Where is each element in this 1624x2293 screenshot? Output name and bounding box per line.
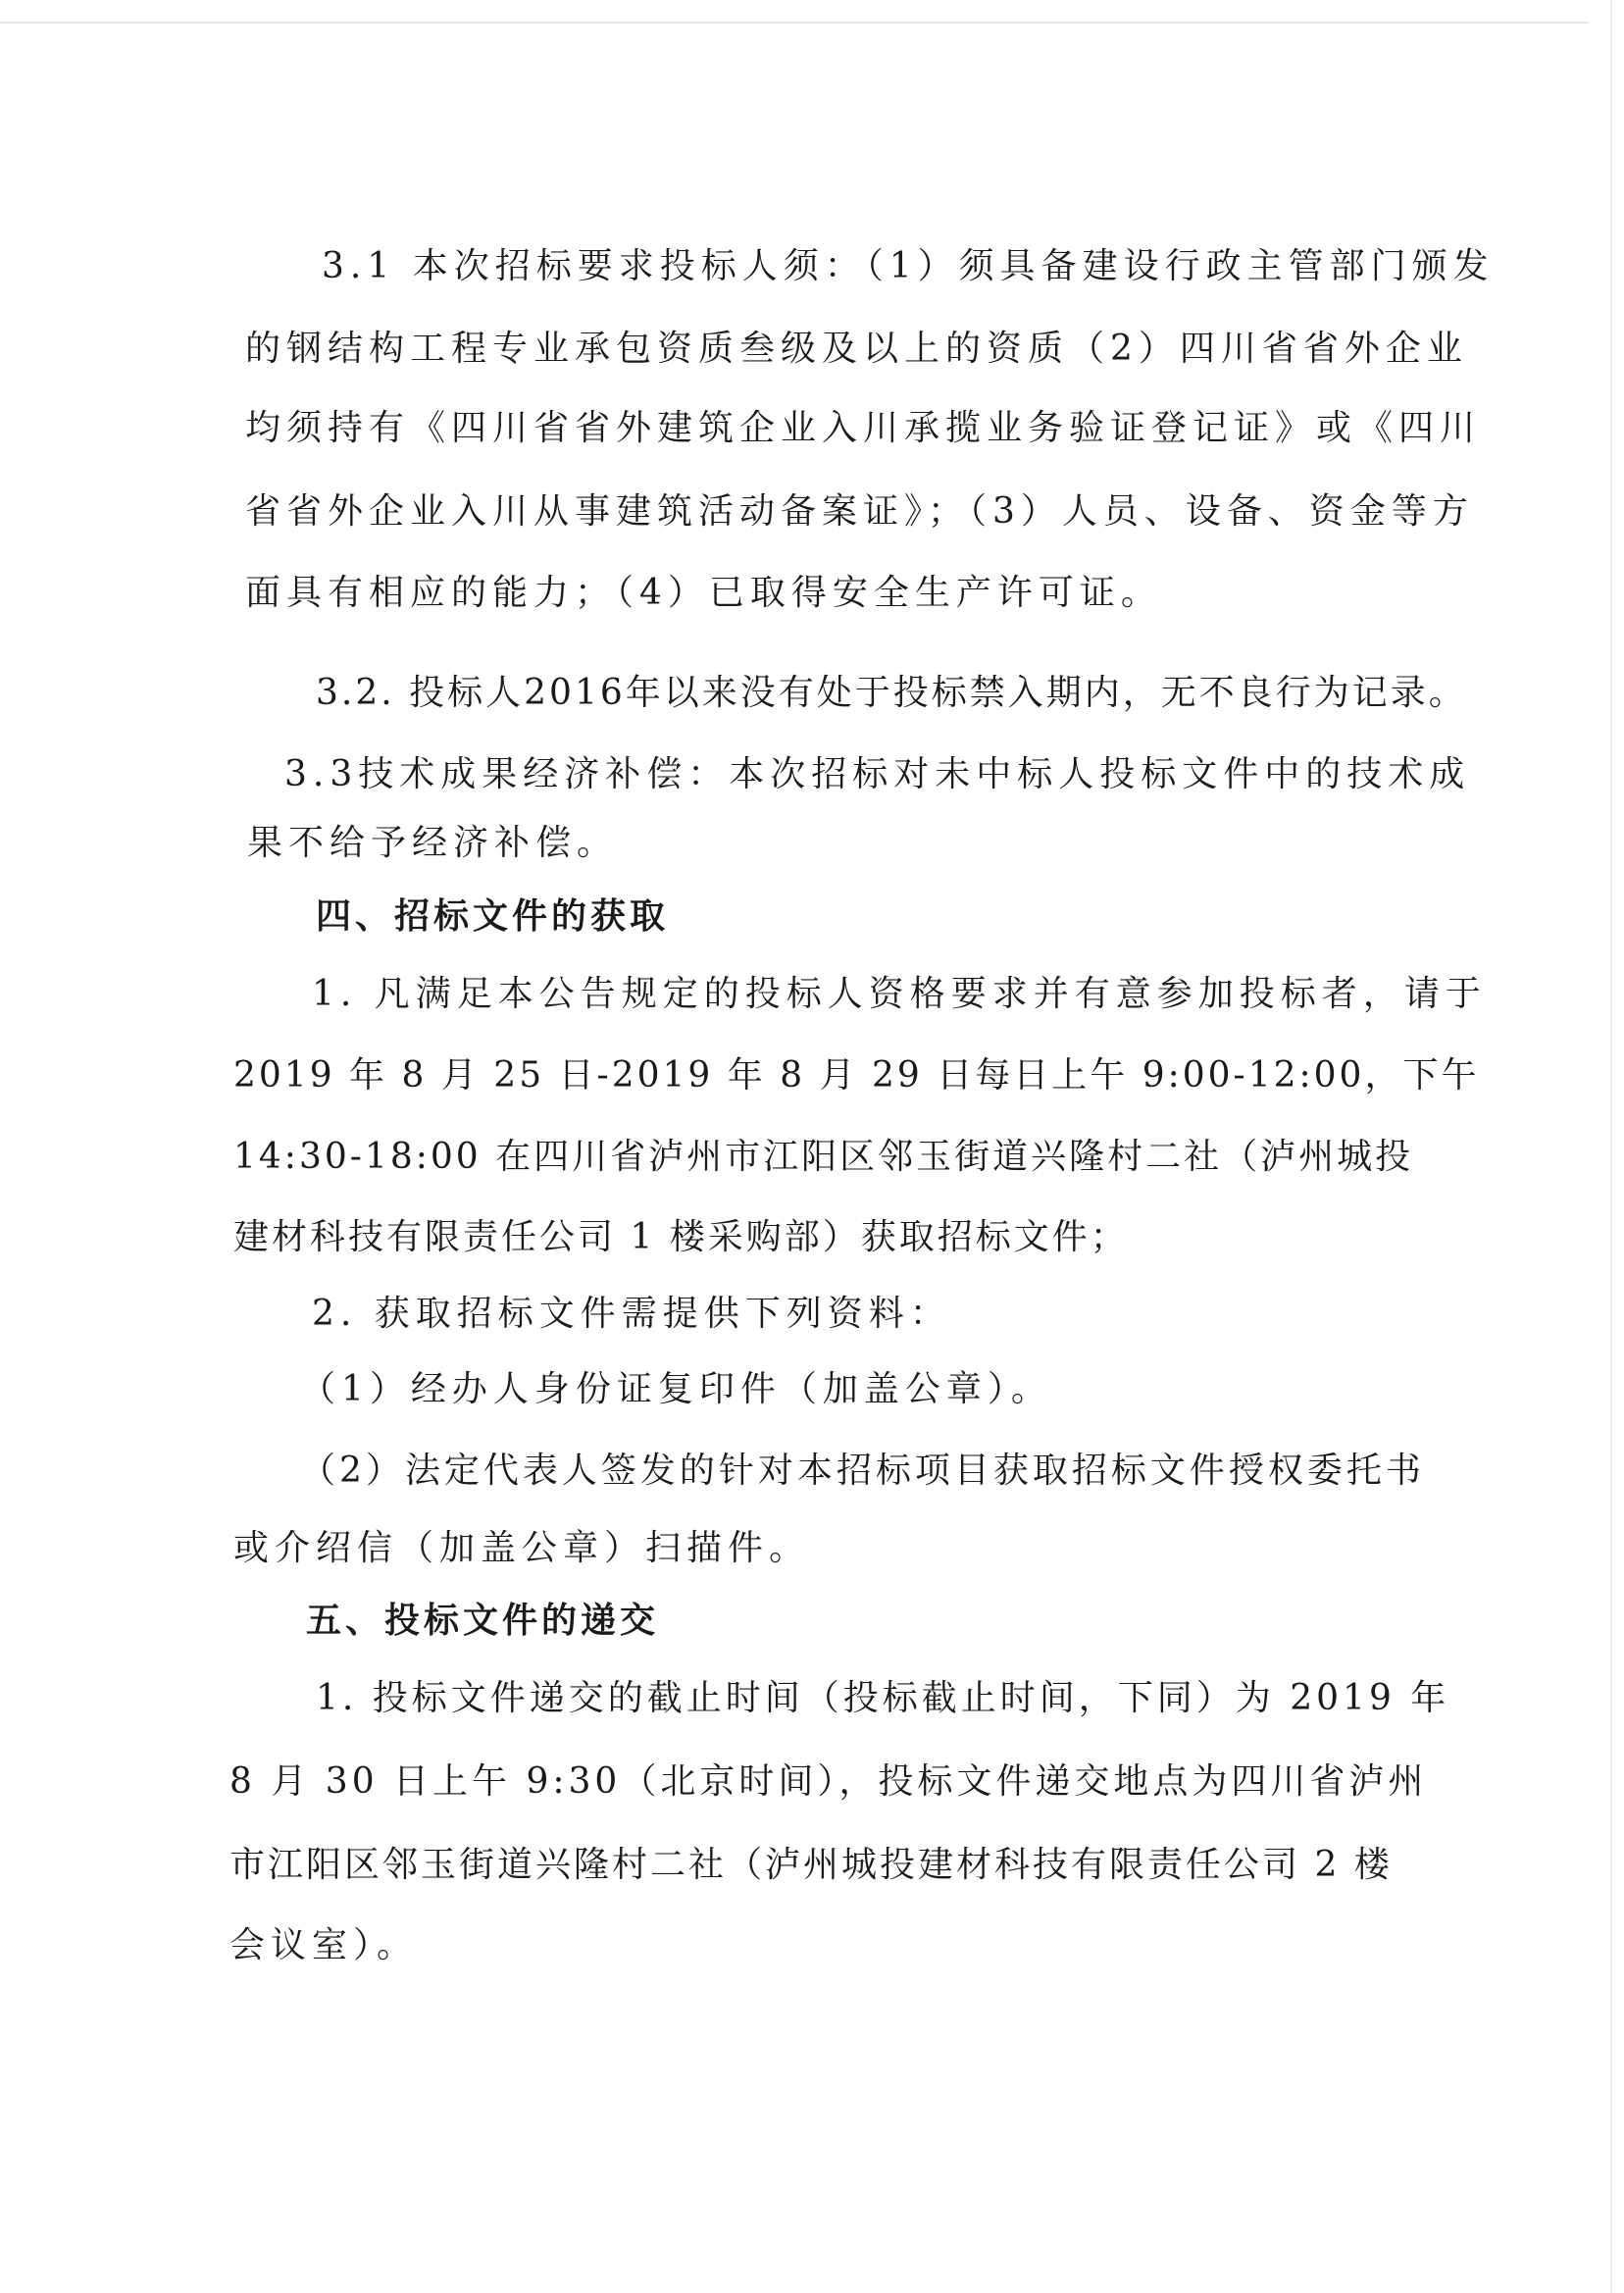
section-5-heading: 五、投标文件的递交 [306,1599,659,1642]
section-4-p2-item-1: （1）经办人身份证复印件（加盖公章）。 [300,1368,1052,1411]
section-5-p1-line-4: 会议室）。 [229,1924,418,1967]
paragraph-3-1-line-2: 的钢结构工程专业承包资质叁级及以上的资质（2）四川省省外企业 [245,328,1468,371]
scan-edge-top [0,22,1589,24]
paragraph-3-1-line-4: 省省外企业入川从事建筑活动备案证》；（3）人员、设备、资金等方 [245,490,1474,534]
scan-edge-right [1610,0,1612,2293]
section-4-p2-item-2-line-2: 或介绍信（加盖公章）扫描件。 [233,1527,810,1570]
section-4-p1-line-2: 2019 年 8 月 25 日-2019 年 8 月 29 日每日上午 9:00… [233,1054,1479,1097]
paragraph-3-2: 3.2. 投标人2016年以来没有处于投标禁入期内，无不良行为记录。 [316,672,1467,715]
section-4-p1-line-1: 1. 凡满足本公告规定的投标人资格要求并有意参加投标者，请于 [312,973,1487,1016]
section-4-p1-line-3: 14:30-18:00 在四川省泸州市江阳区邻玉街道兴隆村二社（泸州城投 [233,1136,1413,1179]
section-5-p1-line-1: 1. 投标文件递交的截止时间（投标截止时间，下同）为 2019 年 [316,1677,1449,1720]
paragraph-3-3-line-1: 3.3技术成果经济补偿：本次招标对未中标人投标文件中的技术成 [284,753,1470,796]
section-5-p1-line-2: 8 月 30 日上午 9:30（北京时间），投标文件递交地点为四川省泸州 [229,1760,1427,1804]
paragraph-3-1-line-5: 面具有相应的能力；（4）已取得安全生产许可证。 [245,572,1162,615]
section-4-heading: 四、招标文件的获取 [316,894,669,938]
section-4-p1-line-4: 建材科技有限责任公司 1 楼采购部）获取招标文件； [233,1216,1129,1259]
paragraph-3-1-line-1: 3.1 本次招标要求投标人须：（1）须具备建设行政主管部门颁发 [322,245,1495,288]
section-4-p2: 2. 获取招标文件需提供下列资料： [312,1293,951,1336]
paragraph-3-3-line-2: 果不给予经济补偿。 [247,822,618,865]
section-4-p2-item-2-line-1: （2）法定代表人签发的针对本招标项目获取招标文件授权委托书 [300,1450,1425,1493]
paragraph-3-1-line-3: 均须持有《四川省省外建筑企业入川承揽业务验证登记证》或《四川 [245,407,1481,450]
section-5-p1-line-3: 市江阳区邻玉街道兴隆村二社（泸州城投建材科技有限责任公司 2 楼 [229,1844,1393,1887]
